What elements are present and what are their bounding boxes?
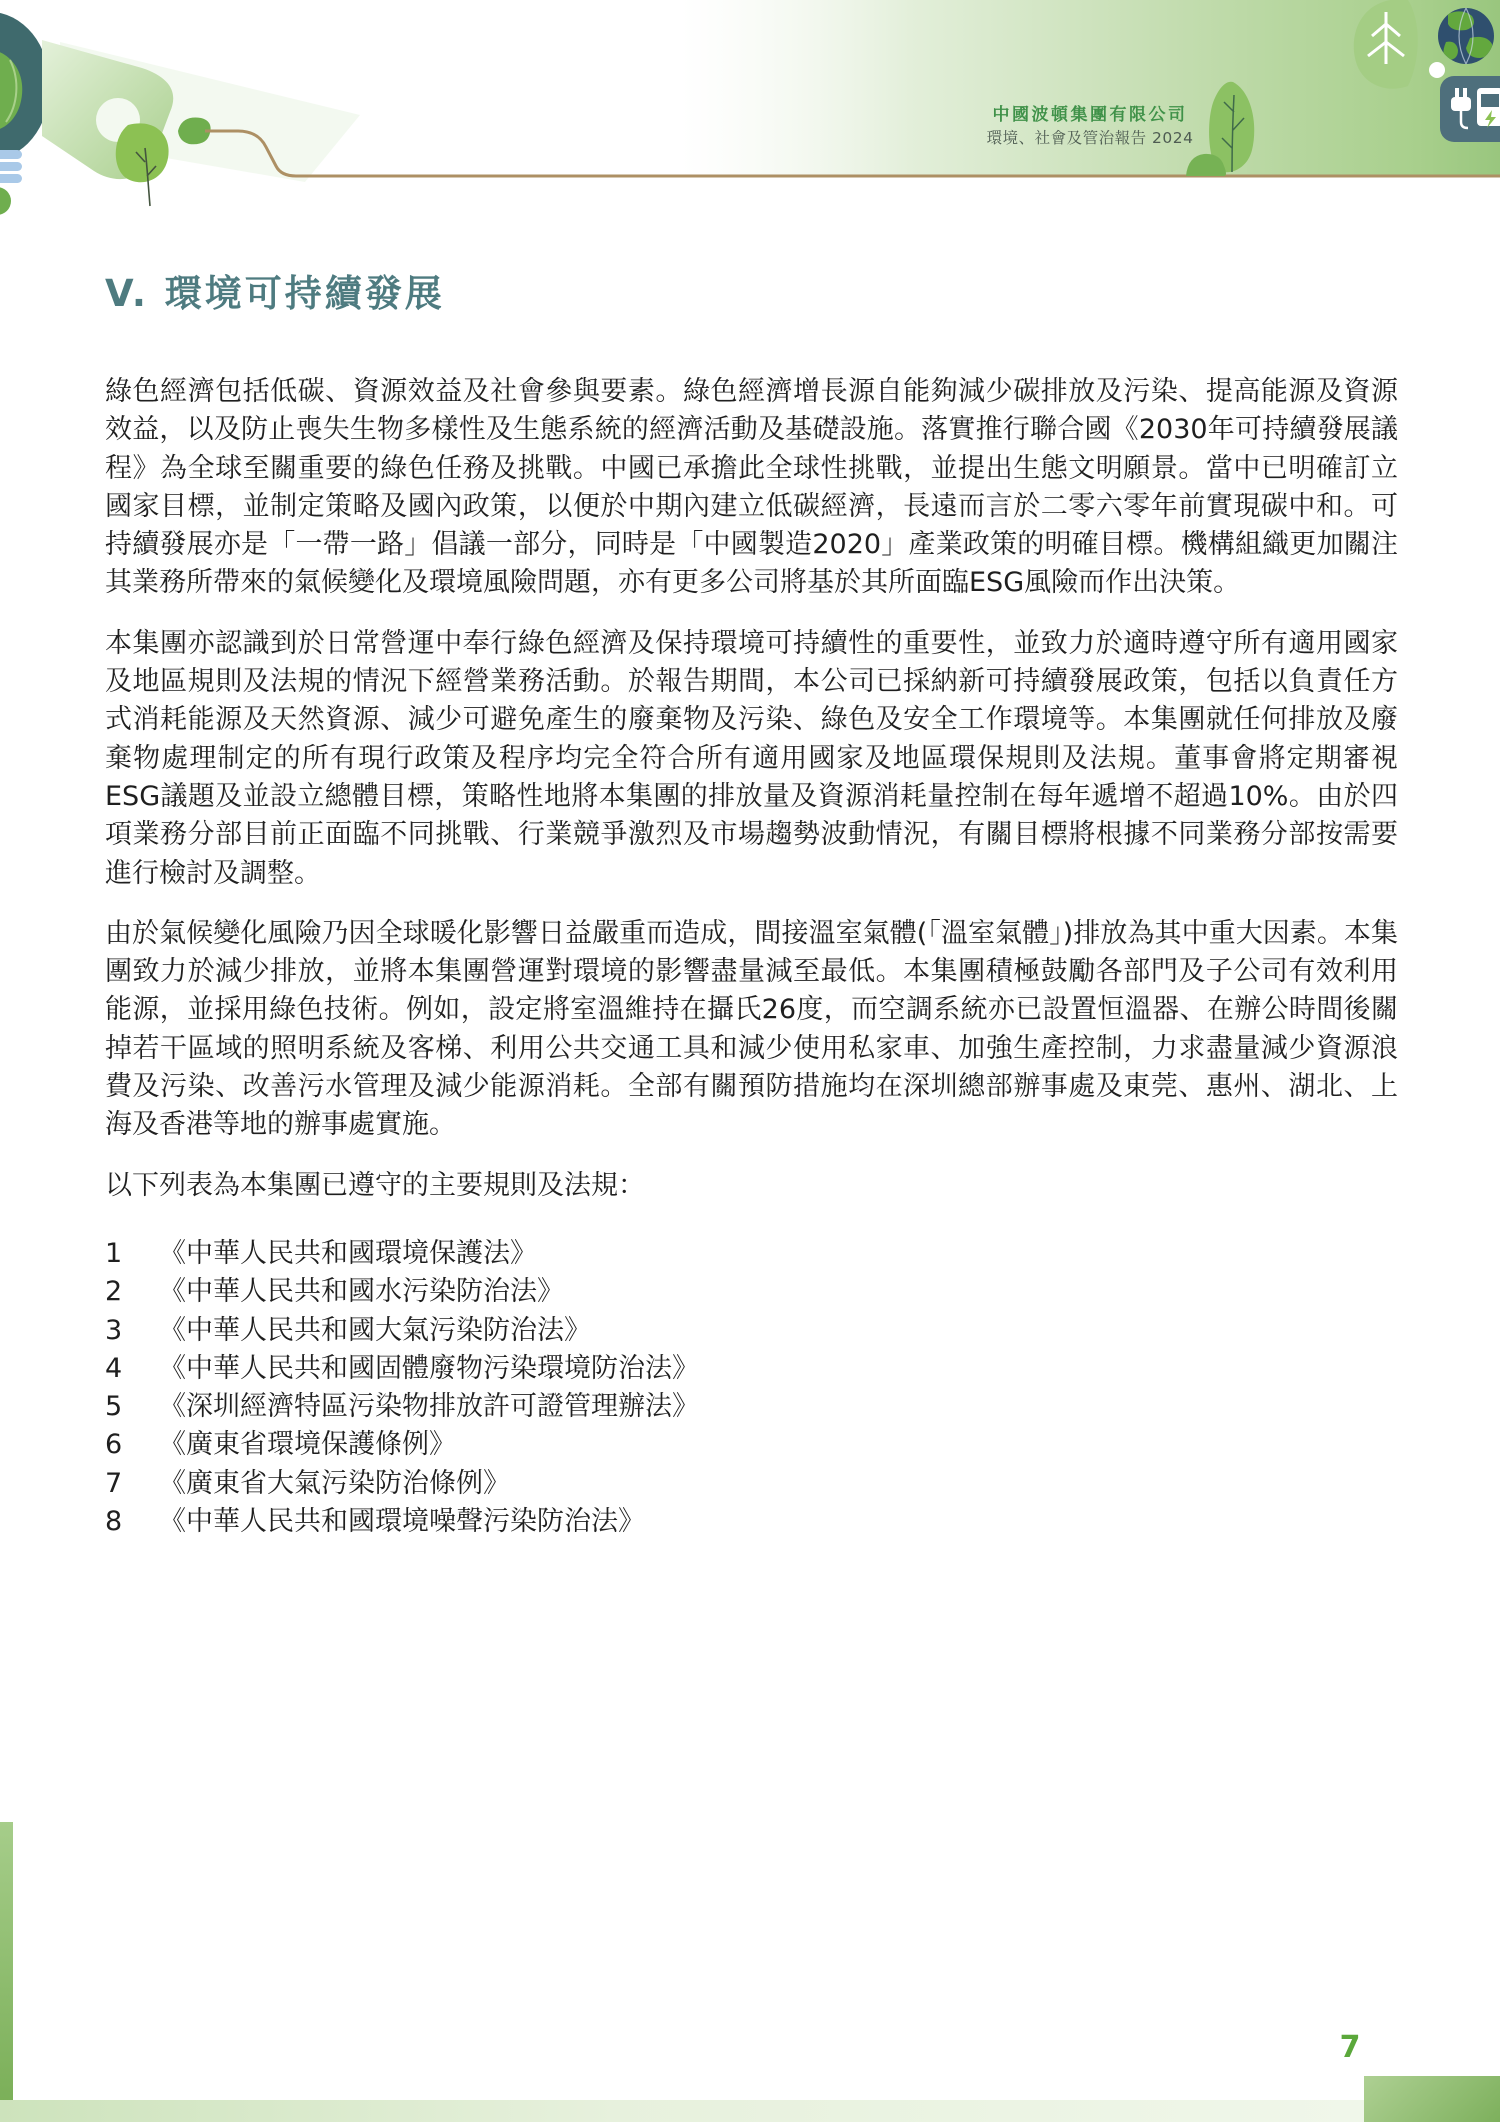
- regulation-number: 4: [105, 1350, 159, 1388]
- page-number: 7: [1318, 2030, 1382, 2065]
- header-text-block: 中國波頓集團有限公司 環境、社會及管治報告 2024: [930, 104, 1250, 150]
- regulation-title: 《廣東省環境保護條例》: [159, 1426, 1398, 1464]
- regulation-item: 6 《廣東省環境保護條例》: [105, 1426, 1398, 1464]
- regulation-item: 5 《深圳經濟特區污染物排放許可證管理辦法》: [105, 1388, 1398, 1426]
- section-title: V. 環境可持續發展: [105, 272, 1398, 316]
- regulation-title: 《中華人民共和國大氣污染防治法》: [159, 1312, 1398, 1350]
- regulation-number: 5: [105, 1388, 159, 1426]
- paragraph-green-economy: 綠色經濟包括低碳、資源效益及社會參與要素。綠色經濟增長源自能夠減少碳排放及污染、…: [105, 373, 1398, 603]
- regulation-number: 2: [105, 1273, 159, 1311]
- regulation-list: 1 《中華人民共和國環境保護法》 2 《中華人民共和國水污染防治法》 3 《中華…: [105, 1235, 1398, 1541]
- regulation-item: 2 《中華人民共和國水污染防治法》: [105, 1273, 1398, 1311]
- regulation-item: 1 《中華人民共和國環境保護法》: [105, 1235, 1398, 1273]
- regulation-number: 3: [105, 1312, 159, 1350]
- main-content: V. 環境可持續發展 綠色經濟包括低碳、資源效益及社會參與要素。綠色經濟增長源自…: [105, 272, 1398, 1541]
- regulation-item: 8 《中華人民共和國環境噪聲污染防治法》: [105, 1503, 1398, 1541]
- regulation-list-intro: 以下列表為本集團已遵守的主要規則及法規：: [105, 1167, 1398, 1205]
- header-decoration: [0, 0, 1500, 245]
- connector-dot: [1429, 62, 1445, 78]
- regulation-number: 6: [105, 1426, 159, 1464]
- regulation-item: 7 《廣東省大氣污染防治條例》: [105, 1465, 1398, 1503]
- regulation-item: 3 《中華人民共和國大氣污染防治法》: [105, 1312, 1398, 1350]
- regulation-item: 4 《中華人民共和國固體廢物污染環境防治法》: [105, 1350, 1398, 1388]
- regulation-title: 《中華人民共和國環境噪聲污染防治法》: [159, 1503, 1398, 1541]
- regulation-title: 《深圳經濟特區污染物排放許可證管理辦法》: [159, 1388, 1398, 1426]
- regulation-number: 7: [105, 1465, 159, 1503]
- regulation-title: 《中華人民共和國水污染防治法》: [159, 1273, 1398, 1311]
- left-accent-bar: [0, 1822, 13, 2122]
- regulation-title: 《廣東省大氣污染防治條例》: [159, 1465, 1398, 1503]
- paragraph-climate-measures: 由於氣候變化風險乃因全球暖化影響日益嚴重而造成，間接溫室氣體(「溫室氣體」)排放…: [105, 915, 1398, 1145]
- ev-charger-icon: [1440, 76, 1500, 142]
- globe-icon: [1438, 8, 1494, 64]
- company-name: 中國波頓集團有限公司: [930, 104, 1250, 127]
- regulation-title: 《中華人民共和國固體廢物污染環境防治法》: [159, 1350, 1398, 1388]
- regulation-title: 《中華人民共和國環境保護法》: [159, 1235, 1398, 1273]
- esg-report-page: 中國波頓集團有限公司 環境、社會及管治報告 2024 V. 環境可持續發展 綠色…: [0, 0, 1500, 2122]
- regulation-number: 1: [105, 1235, 159, 1273]
- regulation-number: 8: [105, 1503, 159, 1541]
- footer-corner-block: [1364, 2076, 1500, 2122]
- footer-strip: [0, 2100, 1364, 2122]
- report-title: 環境、社會及管治報告 2024: [930, 127, 1250, 150]
- paragraph-group-policy: 本集團亦認識到於日常營運中奉行綠色經濟及保持環境可持續性的重要性，並致力於適時遵…: [105, 625, 1398, 893]
